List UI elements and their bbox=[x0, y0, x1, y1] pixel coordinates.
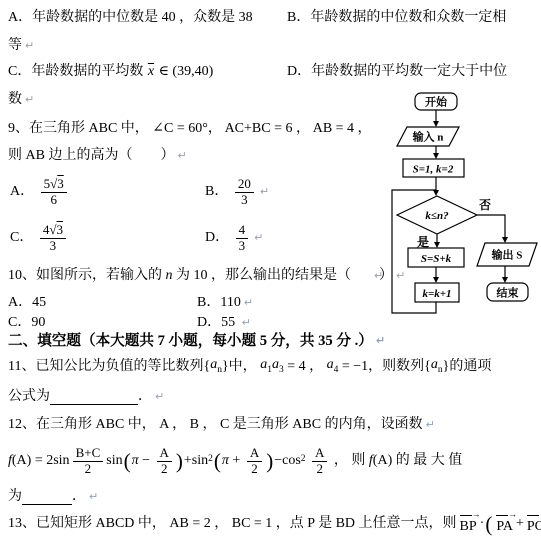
flowchart-input-label: 输入 n bbox=[412, 130, 444, 144]
blank-underline bbox=[50, 390, 138, 405]
text: 4 bbox=[239, 222, 246, 237]
numerator: 20 bbox=[235, 177, 254, 193]
text: A bbox=[315, 445, 324, 460]
text: D．55 bbox=[197, 313, 239, 333]
mean-bar-variable: x bbox=[147, 62, 155, 82]
superscript: 2 bbox=[208, 449, 213, 474]
text: − bbox=[139, 451, 154, 471]
text: ， 则 bbox=[330, 451, 369, 471]
text: }中， bbox=[222, 357, 260, 377]
denominator: 3 bbox=[236, 239, 249, 254]
denominator: 2 bbox=[248, 462, 261, 477]
vector-bar bbox=[527, 515, 539, 516]
text-run: 9、在三角形 ABC 中， ∠C = 60°， AC+BC = 6 ， AB =… bbox=[8, 119, 372, 139]
big-paren: ( bbox=[124, 451, 131, 472]
text: 20 bbox=[238, 176, 251, 191]
arrow-down-icon bbox=[502, 277, 508, 283]
arrow-down-icon bbox=[433, 153, 439, 159]
sub-base: a bbox=[272, 357, 279, 372]
text: A bbox=[250, 445, 259, 460]
text-run: 12、在三角形 ABC 中， A ， B ， C 是三角形 ABC 的内角，设函… bbox=[8, 415, 435, 435]
text: −cos bbox=[274, 451, 301, 471]
text-run: A．45 bbox=[8, 293, 46, 313]
flowchart: 开始 输入 n S=1, k=2 k≤n? 否 是 S=S+k k=k+1 输出… bbox=[370, 85, 541, 320]
text: 9、在三角形 ABC 中， ∠C = 60°， AC+BC = 6 ， AB =… bbox=[8, 119, 372, 139]
flowchart-yes-label: 是 bbox=[417, 234, 429, 249]
numerator: 5√3 bbox=[41, 177, 67, 193]
text: B．年龄数据的中位数和众数一定相 bbox=[287, 8, 506, 28]
text: 2 bbox=[251, 461, 258, 476]
text: (A) = 2sin bbox=[12, 451, 70, 471]
text: B+C bbox=[76, 445, 101, 460]
text: B．110 bbox=[197, 293, 241, 313]
paragraph-mark-icon: ↵ bbox=[244, 293, 253, 313]
arrow-down-icon bbox=[434, 242, 440, 248]
fraction: A2 bbox=[312, 446, 327, 477]
text: A．45 bbox=[8, 293, 46, 313]
flowchart-output-label: 输出 S bbox=[491, 248, 523, 262]
sub-base: a bbox=[327, 357, 334, 372]
text: +sin bbox=[184, 451, 208, 471]
math-variable: n bbox=[166, 266, 173, 286]
text: A bbox=[160, 445, 169, 460]
text: ． bbox=[72, 487, 86, 507]
text: = −1，则数列{ bbox=[338, 357, 431, 377]
text: 6 bbox=[50, 192, 57, 207]
text: 10、如图所示，若输入的 bbox=[8, 266, 166, 286]
text: 数 bbox=[8, 90, 22, 110]
text: 12、在三角形 ABC 中， A ， B ， C 是三角形 ABC 的内角，设函… bbox=[8, 415, 423, 435]
paragraph-mark-icon: ↵ bbox=[254, 228, 263, 248]
denominator: 6 bbox=[47, 193, 60, 208]
flowchart-condition-label: k≤n? bbox=[425, 210, 449, 222]
denominator: 3 bbox=[238, 193, 251, 208]
paragraph-mark-icon: ↵ bbox=[242, 313, 251, 333]
text-run: f(A) = 2sinB+C2sin(π − A2)+sin2(π + A2)−… bbox=[8, 440, 462, 482]
text-run: B．年龄数据的中位数和众数一定相 bbox=[287, 8, 506, 28]
big-paren: ( bbox=[214, 451, 221, 472]
vector-bar bbox=[496, 515, 508, 516]
text: C．90 bbox=[8, 313, 45, 333]
subscripted-variable: a1 bbox=[260, 355, 272, 380]
subscripted-variable: a4 bbox=[327, 355, 339, 380]
fraction: 43 bbox=[236, 223, 249, 254]
denominator: 2 bbox=[313, 462, 326, 477]
text-run: C．90 bbox=[8, 313, 45, 333]
text: 二、填空题（本大题共 7 小题，每小题 5 分，共 35 分 .） bbox=[8, 331, 373, 351]
text-run: 11、已知公比为负值的等比数列{an}中， a1a3 = 4 ， a4 = −1… bbox=[8, 357, 491, 377]
paragraph-mark-icon: ↵ bbox=[155, 387, 164, 407]
text-run: 为．↵ bbox=[8, 487, 98, 507]
paragraph-mark-icon: ↵ bbox=[260, 182, 269, 202]
fraction: 4√33 bbox=[40, 223, 66, 254]
vector: →PC bbox=[525, 512, 541, 537]
vector-arrow-icon: → bbox=[472, 510, 481, 519]
flowchart-end-label: 结束 bbox=[497, 286, 519, 300]
fraction: A2 bbox=[157, 446, 172, 477]
fraction: 5√36 bbox=[41, 177, 67, 208]
subscripted-variable: an bbox=[431, 355, 443, 380]
text: 为 10 ，那么输出的结果是（ ） bbox=[173, 266, 394, 286]
paragraph-mark-icon: ↵ bbox=[177, 146, 186, 166]
text: D．年龄数据的平均数一定大于中位 bbox=[287, 62, 507, 82]
text: 11、已知公比为负值的等比数列{ bbox=[8, 357, 210, 377]
paragraph-mark-icon: ↵ bbox=[376, 331, 385, 351]
text: 公式为 bbox=[8, 387, 50, 407]
big-paren: ( bbox=[485, 514, 492, 535]
text-run: D．年龄数据的平均数一定大于中位 bbox=[287, 62, 507, 82]
flowchart-start-label: 开始 bbox=[425, 95, 448, 109]
text-run: C．年龄数据的平均数 x ∈ (39,40) bbox=[8, 62, 213, 82]
text: 为 bbox=[8, 487, 22, 507]
text: = 4 ， bbox=[284, 357, 327, 377]
vector-letters: PC bbox=[527, 519, 541, 534]
vector-arrow-icon: → bbox=[508, 510, 517, 519]
denominator: 2 bbox=[158, 462, 171, 477]
denominator: 3 bbox=[47, 239, 60, 254]
text: 等 bbox=[8, 36, 22, 56]
numerator: A bbox=[157, 446, 172, 462]
text-run: D． 43↵ bbox=[205, 218, 263, 258]
text: ． bbox=[138, 387, 152, 407]
math-variable: π bbox=[222, 451, 229, 471]
sub-base: a bbox=[431, 357, 438, 372]
text: sin bbox=[106, 451, 122, 471]
text: 3 bbox=[50, 238, 57, 253]
arrow-down-icon bbox=[433, 277, 439, 283]
vector: →BP bbox=[458, 512, 479, 537]
text-run: 13、已知矩形 ABCD 中， AB = 2 ， BC = 1 ，点 P 是 B… bbox=[8, 510, 541, 538]
numerator: 4 bbox=[236, 223, 249, 239]
vector: →PA bbox=[494, 512, 515, 537]
flowchart-increment-label: k=k+1 bbox=[422, 288, 451, 300]
text bbox=[306, 451, 310, 471]
big-paren: ) bbox=[176, 451, 183, 472]
text: }的通项 bbox=[443, 357, 492, 377]
text-run: A．年龄数据的中位数是 40 ，众数是 38 bbox=[8, 8, 253, 28]
text-run: D．55 ↵ bbox=[197, 313, 251, 333]
numerator: B+C bbox=[73, 446, 104, 462]
text: ∈ (39,40) bbox=[155, 62, 213, 82]
text: (A) 的 最 大 值 bbox=[373, 451, 462, 471]
text-run: B． 203↵ bbox=[205, 172, 269, 212]
sqrt: √3 bbox=[49, 222, 63, 237]
subscripted-variable: a3 bbox=[272, 355, 284, 380]
text-run: A． 5√36 bbox=[10, 172, 70, 212]
radicand: 3 bbox=[57, 176, 64, 191]
paragraph-mark-icon: ↵ bbox=[89, 487, 98, 507]
fraction: B+C2 bbox=[73, 446, 104, 477]
paragraph-mark-icon: ↵ bbox=[25, 90, 34, 110]
text-run: 数↵ bbox=[8, 90, 34, 110]
text: + bbox=[516, 514, 524, 534]
text: B． bbox=[205, 182, 232, 202]
paragraph-mark-icon: ↵ bbox=[426, 415, 435, 435]
text-run: 等↵ bbox=[8, 36, 34, 56]
text-run: 二、填空题（本大题共 7 小题，每小题 5 分，共 35 分 .）↵ bbox=[8, 331, 385, 351]
vector-letters: BP bbox=[460, 519, 477, 534]
text-run: 公式为．↵ bbox=[8, 387, 164, 407]
text: A．年龄数据的中位数是 40 ，众数是 38 bbox=[8, 8, 253, 28]
blank-underline bbox=[22, 490, 72, 505]
numerator: A bbox=[247, 446, 262, 462]
text: 2 bbox=[316, 461, 323, 476]
vector-letters: PA bbox=[496, 519, 513, 534]
sqrt: √3 bbox=[50, 176, 64, 191]
text: 则 AB 边上的高为（ ） bbox=[8, 146, 174, 166]
flowchart-init-label: S=1, k=2 bbox=[413, 164, 454, 176]
text-run: 则 AB 边上的高为（ ）↵ bbox=[8, 146, 187, 166]
numerator: A bbox=[312, 446, 327, 462]
math-variable: π bbox=[132, 451, 139, 471]
text: 3 bbox=[239, 238, 246, 253]
radicand: 3 bbox=[56, 222, 63, 237]
text-run: 10、如图所示，若输入的 n 为 10 ，那么输出的结果是（ ）↵ bbox=[8, 266, 405, 286]
flowchart-no-label: 否 bbox=[479, 197, 491, 212]
numerator: 4√3 bbox=[40, 223, 66, 239]
denominator: 2 bbox=[82, 462, 95, 477]
text: A． bbox=[10, 182, 38, 202]
arrow-down-icon bbox=[502, 237, 508, 243]
text: 3 bbox=[241, 192, 248, 207]
text: C． bbox=[10, 228, 37, 248]
text: C．年龄数据的平均数 bbox=[8, 62, 147, 82]
text: 2 bbox=[85, 461, 92, 476]
text: 13、已知矩形 ABCD 中， AB = 2 ， BC = 1 ，点 P 是 B… bbox=[8, 514, 457, 534]
text: D． bbox=[205, 228, 233, 248]
paragraph-mark-icon: ↵ bbox=[25, 36, 34, 56]
text-run: B．110↵ bbox=[197, 293, 253, 313]
arrow-down-icon bbox=[433, 190, 439, 196]
flowchart-add-label: S=S+k bbox=[421, 253, 452, 265]
big-paren: ) bbox=[266, 451, 273, 472]
subscripted-variable: an bbox=[210, 355, 222, 380]
text: + bbox=[229, 451, 244, 471]
arrow-down-icon bbox=[433, 121, 439, 127]
vector-bar bbox=[460, 515, 472, 516]
text-run: C． 4√33 bbox=[10, 218, 69, 258]
fraction: A2 bbox=[247, 446, 262, 477]
fraction: 203 bbox=[235, 177, 254, 208]
text: 2 bbox=[161, 461, 168, 476]
